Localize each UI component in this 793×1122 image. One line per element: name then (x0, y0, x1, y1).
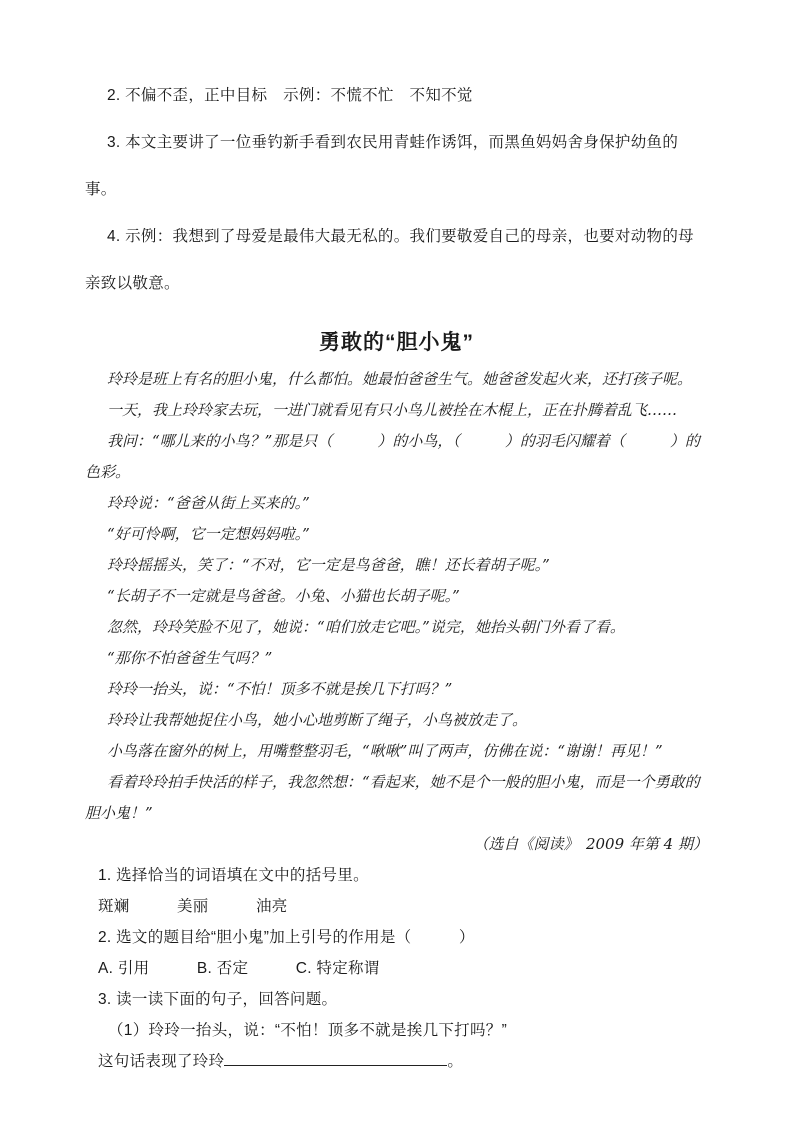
passage-paragraph: 玲玲摇摇头，笑了：“不对，它一定是鸟爸爸，瞧！还长着胡子呢。” (85, 550, 708, 581)
question-3-answer-sentence: 这句话表现了玲玲。 (85, 1046, 708, 1077)
passage-paragraph: “好可怜啊，它一定想妈妈啦。” (85, 519, 708, 550)
answer-item: 3. 本文主要讲了一位垂钓新手看到农民用青蛙作诱饵，而黑鱼妈妈舍身保护幼鱼的事。 (85, 119, 708, 213)
passage-paragraph: 看着玲玲拍手快活的样子，我忽然想：“看起来，她不是个一般的胆小鬼，而是一个勇敢的… (85, 767, 708, 829)
passage-paragraph: 玲玲让我帮她捉住小鸟，她小心地剪断了绳子，小鸟被放走了。 (85, 705, 708, 736)
answers-header-section: 2. 不偏不歪，正中目标 示例：不慌不忙 不知不觉 3. 本文主要讲了一位垂钓新… (85, 72, 708, 307)
passage-paragraph: 小鸟落在窗外的树上，用嘴整整羽毛，“啾啾”叫了两声，仿佛在说：“谢谢！再见！” (85, 736, 708, 767)
worksheet-page: 2. 不偏不歪，正中目标 示例：不慌不忙 不知不觉 3. 本文主要讲了一位垂钓新… (0, 0, 793, 1122)
passage-paragraph: “那你不怕爸爸生气吗？” (85, 643, 708, 674)
passage-title: 勇敢的“胆小鬼” (85, 327, 708, 358)
question-1: 1. 选择恰当的词语填在文中的括号里。 (85, 860, 708, 891)
answer-blank-line (224, 1050, 447, 1066)
answer-item: 2. 不偏不歪，正中目标 示例：不慌不忙 不知不觉 (85, 72, 708, 119)
passage-paragraph: 一天，我上玲玲家去玩，一进门就看见有只小鸟儿被拴在木棍上，正在扑腾着乱飞…… (85, 395, 708, 426)
passage-body: 玲玲是班上有名的胆小鬼，什么都怕。她最怕爸爸生气。她爸爸发起火来，还打孩子呢。 … (85, 364, 708, 829)
answer-suffix: 。 (447, 1053, 463, 1070)
answer-item: 4. 示例：我想到了母爱是最伟大最无私的。我们要敬爱自己的母亲，也要对动物的母亲… (85, 213, 708, 307)
passage-paragraph: 玲玲说：“爸爸从街上买来的。” (85, 488, 708, 519)
passage-paragraph: 忽然，玲玲笑脸不见了，她说：“咱们放走它吧。”说完，她抬头朝门外看了看。 (85, 612, 708, 643)
passage-paragraph: 玲玲是班上有名的胆小鬼，什么都怕。她最怕爸爸生气。她爸爸发起火来，还打孩子呢。 (85, 364, 708, 395)
questions-section: 1. 选择恰当的词语填在文中的括号里。 斑斓 美丽 油亮 2. 选文的题目给“胆… (85, 860, 708, 1077)
answer-prefix: 这句话表现了玲玲 (98, 1053, 224, 1070)
passage-paragraph: 玲玲一抬头，说：“不怕！顶多不就是挨几下打吗？” (85, 674, 708, 705)
passage-paragraph: “长胡子不一定就是鸟爸爸。小兔、小猫也长胡子呢。” (85, 581, 708, 612)
question-1-word-options: 斑斓 美丽 油亮 (85, 891, 708, 922)
passage-paragraph: 我问：“哪儿来的小鸟？”那是只（ ）的小鸟，（ ）的羽毛闪耀着（ ）的色彩。 (85, 426, 708, 488)
passage-source: （选自《阅读》 2009 年第 4 期） (85, 829, 708, 860)
question-3-sub-item: （1）玲玲一抬头，说：“不怕！顶多不就是挨几下打吗？” (85, 1015, 708, 1046)
question-2: 2. 选文的题目给“胆小鬼”加上引号的作用是（ ） (85, 922, 708, 953)
question-2-choice-options: A. 引用 B. 否定 C. 特定称谓 (85, 953, 708, 984)
question-3: 3. 读一读下面的句子，回答问题。 (85, 984, 708, 1015)
